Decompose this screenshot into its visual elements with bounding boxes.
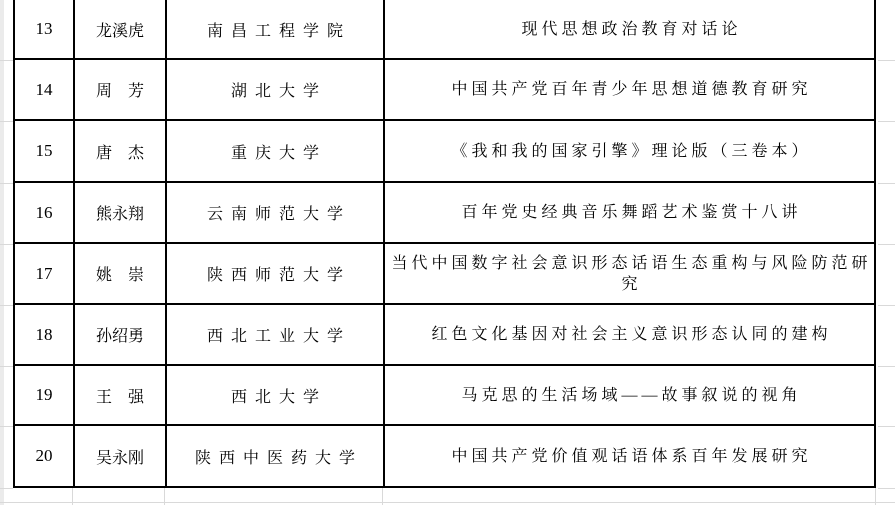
gridline bbox=[0, 305, 13, 306]
name-cell[interactable]: 孙绍勇 bbox=[73, 305, 165, 364]
row-number-cell[interactable]: 18 bbox=[13, 305, 73, 364]
row-number: 16 bbox=[36, 203, 53, 223]
table-row: 16 熊永翔 云南师范大学 百年党史经典音乐舞蹈艺术鉴赏十八讲 bbox=[13, 183, 876, 244]
gridline bbox=[72, 488, 73, 505]
awards-table: 13 龙溪虎 南昌工程学院 现代思想政治教育对话论 14 周 芳 湖北大学 中国… bbox=[13, 0, 876, 488]
person-name: 唐 杰 bbox=[96, 140, 144, 163]
project-title: 《我和我的国家引擎》理论版（三卷本） bbox=[451, 141, 811, 162]
title-cell[interactable]: 中国共产党价值观话语体系百年发展研究 bbox=[383, 426, 876, 486]
row-number-cell[interactable]: 19 bbox=[13, 366, 73, 424]
gridline bbox=[875, 488, 876, 505]
gridline bbox=[0, 426, 13, 427]
gridline bbox=[878, 183, 895, 184]
gridline bbox=[0, 366, 13, 367]
person-name: 熊永翔 bbox=[96, 201, 144, 224]
table-row: 13 龙溪虎 南昌工程学院 现代思想政治教育对话论 bbox=[13, 0, 876, 60]
spreadsheet-table-view: 13 龙溪虎 南昌工程学院 现代思想政治教育对话论 14 周 芳 湖北大学 中国… bbox=[0, 0, 895, 505]
project-title: 马克思的生活场域——故事叙说的视角 bbox=[461, 385, 801, 406]
institution-name: 重庆大学 bbox=[231, 140, 327, 163]
institution-name: 西北大学 bbox=[231, 384, 327, 407]
name-cell[interactable]: 熊永翔 bbox=[73, 183, 165, 242]
gridline bbox=[0, 488, 13, 489]
row-number-cell[interactable]: 16 bbox=[13, 183, 73, 242]
gridline bbox=[878, 60, 895, 61]
institution-cell[interactable]: 南昌工程学院 bbox=[165, 0, 383, 58]
row-number: 20 bbox=[36, 446, 53, 466]
person-name: 王 强 bbox=[96, 384, 144, 407]
table-row: 15 唐 杰 重庆大学 《我和我的国家引擎》理论版（三卷本） bbox=[13, 121, 876, 183]
project-title: 中国共产党价值观话语体系百年发展研究 bbox=[451, 446, 811, 467]
institution-cell[interactable]: 湖北大学 bbox=[165, 60, 383, 119]
name-cell[interactable]: 王 强 bbox=[73, 366, 165, 424]
gridline bbox=[0, 502, 895, 503]
name-cell[interactable]: 姚 崇 bbox=[73, 244, 165, 303]
project-title: 百年党史经典音乐舞蹈艺术鉴赏十八讲 bbox=[461, 202, 801, 223]
row-number-cell[interactable]: 15 bbox=[13, 121, 73, 181]
project-title: 中国共产党百年青少年思想道德教育研究 bbox=[451, 79, 811, 100]
row-number-cell[interactable]: 14 bbox=[13, 60, 73, 119]
institution-name: 陕西中医药大学 bbox=[195, 445, 363, 468]
table-row: 17 姚 崇 陕西师范大学 当代中国数字社会意识形态话语生态重构与风险防范研 究 bbox=[13, 244, 876, 305]
project-title: 现代思想政治教育对话论 bbox=[521, 19, 741, 40]
institution-cell[interactable]: 重庆大学 bbox=[165, 121, 383, 181]
page-left-edge bbox=[0, 0, 4, 505]
row-number: 19 bbox=[36, 385, 53, 405]
person-name: 龙溪虎 bbox=[96, 18, 144, 41]
gridline bbox=[878, 244, 895, 245]
row-number: 18 bbox=[36, 325, 53, 345]
title-cell[interactable]: 百年党史经典音乐舞蹈艺术鉴赏十八讲 bbox=[383, 183, 876, 242]
name-cell[interactable]: 周 芳 bbox=[73, 60, 165, 119]
row-number: 15 bbox=[36, 141, 53, 161]
title-cell[interactable]: 当代中国数字社会意识形态话语生态重构与风险防范研 究 bbox=[383, 244, 876, 303]
institution-name: 湖北大学 bbox=[231, 78, 327, 101]
row-number-cell[interactable]: 20 bbox=[13, 426, 73, 486]
institution-cell[interactable]: 西北大学 bbox=[165, 366, 383, 424]
title-cell[interactable]: 马克思的生活场域——故事叙说的视角 bbox=[383, 366, 876, 424]
person-name: 吴永刚 bbox=[96, 445, 144, 468]
institution-name: 陕西师范大学 bbox=[207, 262, 351, 285]
person-name: 周 芳 bbox=[96, 78, 144, 101]
table-row: 20 吴永刚 陕西中医药大学 中国共产党价值观话语体系百年发展研究 bbox=[13, 426, 876, 488]
row-number: 17 bbox=[36, 264, 53, 284]
gridline bbox=[0, 244, 13, 245]
gridline bbox=[382, 488, 383, 505]
institution-cell[interactable]: 西北工业大学 bbox=[165, 305, 383, 364]
gridline bbox=[878, 488, 895, 489]
institution-name: 云南师范大学 bbox=[207, 201, 351, 224]
row-number: 14 bbox=[36, 80, 53, 100]
row-number-cell[interactable]: 13 bbox=[13, 0, 73, 58]
institution-cell[interactable]: 陕西中医药大学 bbox=[165, 426, 383, 486]
person-name: 孙绍勇 bbox=[96, 323, 144, 346]
row-number: 13 bbox=[36, 19, 53, 39]
project-title: 当代中国数字社会意识形态话语生态重构与风险防范研 究 bbox=[391, 253, 871, 295]
gridline bbox=[0, 183, 13, 184]
table-row: 18 孙绍勇 西北工业大学 红色文化基因对社会主义意识形态认同的建构 bbox=[13, 305, 876, 366]
title-cell[interactable]: 红色文化基因对社会主义意识形态认同的建构 bbox=[383, 305, 876, 364]
project-title: 红色文化基因对社会主义意识形态认同的建构 bbox=[431, 324, 831, 345]
title-cell[interactable]: 现代思想政治教育对话论 bbox=[383, 0, 876, 58]
gridline bbox=[878, 121, 895, 122]
name-cell[interactable]: 唐 杰 bbox=[73, 121, 165, 181]
title-cell[interactable]: 《我和我的国家引擎》理论版（三卷本） bbox=[383, 121, 876, 181]
institution-cell[interactable]: 陕西师范大学 bbox=[165, 244, 383, 303]
institution-cell[interactable]: 云南师范大学 bbox=[165, 183, 383, 242]
gridline bbox=[878, 366, 895, 367]
institution-name: 南昌工程学院 bbox=[207, 18, 351, 41]
person-name: 姚 崇 bbox=[96, 262, 144, 285]
table-row: 19 王 强 西北大学 马克思的生活场域——故事叙说的视角 bbox=[13, 366, 876, 426]
gridline bbox=[0, 60, 13, 61]
gridline bbox=[878, 305, 895, 306]
gridline bbox=[164, 488, 165, 505]
table-row: 14 周 芳 湖北大学 中国共产党百年青少年思想道德教育研究 bbox=[13, 60, 876, 121]
title-cell[interactable]: 中国共产党百年青少年思想道德教育研究 bbox=[383, 60, 876, 119]
gridline bbox=[878, 426, 895, 427]
institution-name: 西北工业大学 bbox=[207, 323, 351, 346]
name-cell[interactable]: 吴永刚 bbox=[73, 426, 165, 486]
name-cell[interactable]: 龙溪虎 bbox=[73, 0, 165, 58]
row-number-cell[interactable]: 17 bbox=[13, 244, 73, 303]
gridline bbox=[0, 121, 13, 122]
